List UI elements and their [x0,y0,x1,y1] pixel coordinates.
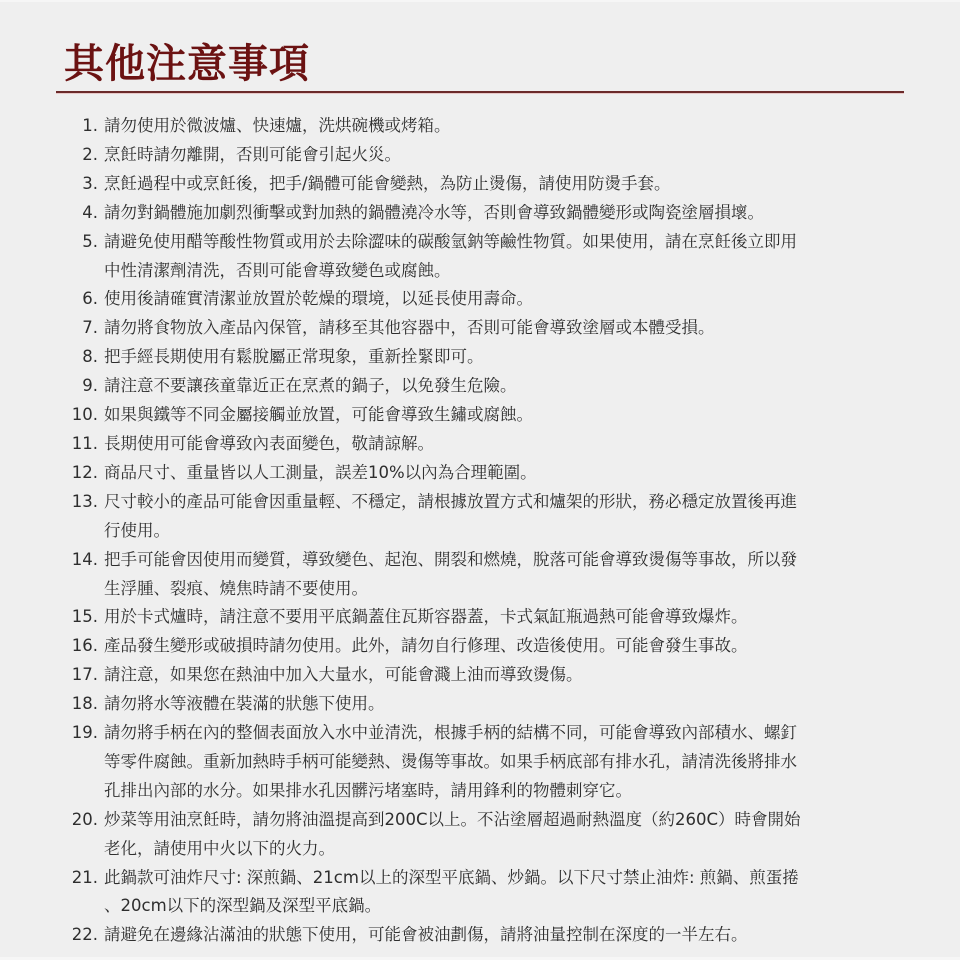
note-text: 請勿將水等液體在裝滿的狀態下使用。 [104,690,902,719]
note-text: 請注意，如果您在熱油中加入大量水，可能會濺上油而導致燙傷。 [104,661,902,690]
note-item-7: 7.請勿將食物放入產品內保管，請移至其他容器中，否則可能會導致塗層或本體受損。 [62,314,902,343]
note-number: 5. [62,228,104,286]
note-text: 把手可能會因使用而變質，導致變色、起泡、開裂和燃燒，脫落可能會導致燙傷等事故，所… [104,546,902,604]
note-item-16: 16.產品發生變形或破損時請勿使用。此外，請勿自行修理、改造後使用。可能會發生事… [62,632,902,661]
note-number: 16. [62,632,104,661]
note-text: 使用後請確實清潔並放置於乾燥的環境，以延長使用壽命。 [104,285,902,314]
note-item-12: 12.商品尺寸、重量皆以人工測量，誤差10%以內為合理範圍。 [62,459,902,488]
note-item-4: 4.請勿對鍋體施加劇烈衝擊或對加熱的鍋體澆冷水等，否則會導致鍋體變形或陶瓷塗層損… [62,199,902,228]
title-divider [56,91,904,93]
note-text: 請勿對鍋體施加劇烈衝擊或對加熱的鍋體澆冷水等，否則會導致鍋體變形或陶瓷塗層損壞。 [104,199,902,228]
note-item-14: 14.把手可能會因使用而變質，導致變色、起泡、開裂和燃燒，脫落可能會導致燙傷等事… [62,546,902,604]
note-number: 10. [62,401,104,430]
note-number: 17. [62,661,104,690]
top-border [0,0,960,2]
note-item-9: 9.請注意不要讓孩童靠近正在烹煮的鍋子，以免發生危險。 [62,372,902,401]
note-text: 把手經長期使用有鬆脫屬正常現象，重新拴緊即可。 [104,343,902,372]
note-item-3: 3.烹飪過程中或烹飪後，把手/鍋體可能會變熱，為防止燙傷，請使用防燙手套。 [62,170,902,199]
note-text: 烹飪過程中或烹飪後，把手/鍋體可能會變熱，為防止燙傷，請使用防燙手套。 [104,170,902,199]
note-number: 2. [62,141,104,170]
note-number: 1. [62,112,104,141]
note-item-6: 6.使用後請確實清潔並放置於乾燥的環境，以延長使用壽命。 [62,285,902,314]
note-number: 8. [62,343,104,372]
note-number: 18. [62,690,104,719]
note-text: 如果與鐵等不同金屬接觸並放置，可能會導致生鏽或腐蝕。 [104,401,902,430]
note-text: 此鍋款可油炸尺寸: 深煎鍋、21cm以上的深型平底鍋、炒鍋。以下尺寸禁止油炸: … [104,864,902,922]
note-item-19: 19.請勿將手柄在內的整個表面放入水中並清洗，根據手柄的結構不同，可能會導致內部… [62,719,902,806]
note-number: 12. [62,459,104,488]
note-text: 請避免在邊緣沾滿油的狀態下使用，可能會被油劃傷，請將油量控制在深度的一半左右。 [104,921,902,950]
note-number: 6. [62,285,104,314]
note-number: 19. [62,719,104,806]
note-text: 炒菜等用油烹飪時，請勿將油溫提高到200C以上。不沾塗層超過耐熱溫度（約260C… [104,806,902,864]
note-item-18: 18.請勿將水等液體在裝滿的狀態下使用。 [62,690,902,719]
note-text: 請避免使用醋等酸性物質或用於去除澀味的碳酸氫鈉等鹼性物質。如果使用，請在烹飪後立… [104,228,902,286]
note-number: 3. [62,170,104,199]
note-number: 22. [62,921,104,950]
note-item-1: 1.請勿使用於微波爐、快速爐，洗烘碗機或烤箱。 [62,112,902,141]
note-item-11: 11.長期使用可能會導致內表面變色，敬請諒解。 [62,430,902,459]
notes-list: 1.請勿使用於微波爐、快速爐，洗烘碗機或烤箱。 2.烹飪時請勿離開，否則可能會引… [62,112,902,950]
note-number: 14. [62,546,104,604]
note-item-15: 15.用於卡式爐時，請注意不要用平底鍋蓋住瓦斯容器蓋，卡式氣缸瓶過熱可能會導致爆… [62,603,902,632]
note-number: 20. [62,806,104,864]
note-text: 商品尺寸、重量皆以人工測量，誤差10%以內為合理範圍。 [104,459,902,488]
note-item-10: 10.如果與鐵等不同金屬接觸並放置，可能會導致生鏽或腐蝕。 [62,401,902,430]
note-text: 請勿使用於微波爐、快速爐，洗烘碗機或烤箱。 [104,112,902,141]
note-item-20: 20.炒菜等用油烹飪時，請勿將油溫提高到200C以上。不沾塗層超過耐熱溫度（約2… [62,806,902,864]
note-item-13: 13.尺寸較小的產品可能會因重量輕、不穩定，請根據放置方式和爐架的形狀，務必穩定… [62,488,902,546]
note-number: 21. [62,864,104,922]
note-number: 15. [62,603,104,632]
note-text: 請勿將手柄在內的整個表面放入水中並清洗，根據手柄的結構不同，可能會導致內部積水、… [104,719,902,806]
note-text: 用於卡式爐時，請注意不要用平底鍋蓋住瓦斯容器蓋，卡式氣缸瓶過熱可能會導致爆炸。 [104,603,902,632]
note-text: 產品發生變形或破損時請勿使用。此外，請勿自行修理、改造後使用。可能會發生事故。 [104,632,902,661]
page-title: 其他注意事項 [64,40,310,88]
note-number: 11. [62,430,104,459]
note-number: 13. [62,488,104,546]
note-item-5: 5.請避免使用醋等酸性物質或用於去除澀味的碳酸氫鈉等鹼性物質。如果使用，請在烹飪… [62,228,902,286]
note-text: 烹飪時請勿離開，否則可能會引起火災。 [104,141,902,170]
note-item-8: 8.把手經長期使用有鬆脫屬正常現象，重新拴緊即可。 [62,343,902,372]
note-text: 長期使用可能會導致內表面變色，敬請諒解。 [104,430,902,459]
note-item-17: 17.請注意，如果您在熱油中加入大量水，可能會濺上油而導致燙傷。 [62,661,902,690]
note-item-21: 21.此鍋款可油炸尺寸: 深煎鍋、21cm以上的深型平底鍋、炒鍋。以下尺寸禁止油… [62,864,902,922]
note-item-22: 22.請避免在邊緣沾滿油的狀態下使用，可能會被油劃傷，請將油量控制在深度的一半左… [62,921,902,950]
note-number: 7. [62,314,104,343]
note-item-2: 2.烹飪時請勿離開，否則可能會引起火災。 [62,141,902,170]
note-number: 9. [62,372,104,401]
note-text: 請勿將食物放入產品內保管，請移至其他容器中，否則可能會導致塗層或本體受損。 [104,314,902,343]
note-text: 請注意不要讓孩童靠近正在烹煮的鍋子，以免發生危險。 [104,372,902,401]
note-number: 4. [62,199,104,228]
note-text: 尺寸較小的產品可能會因重量輕、不穩定，請根據放置方式和爐架的形狀，務必穩定放置後… [104,488,902,546]
